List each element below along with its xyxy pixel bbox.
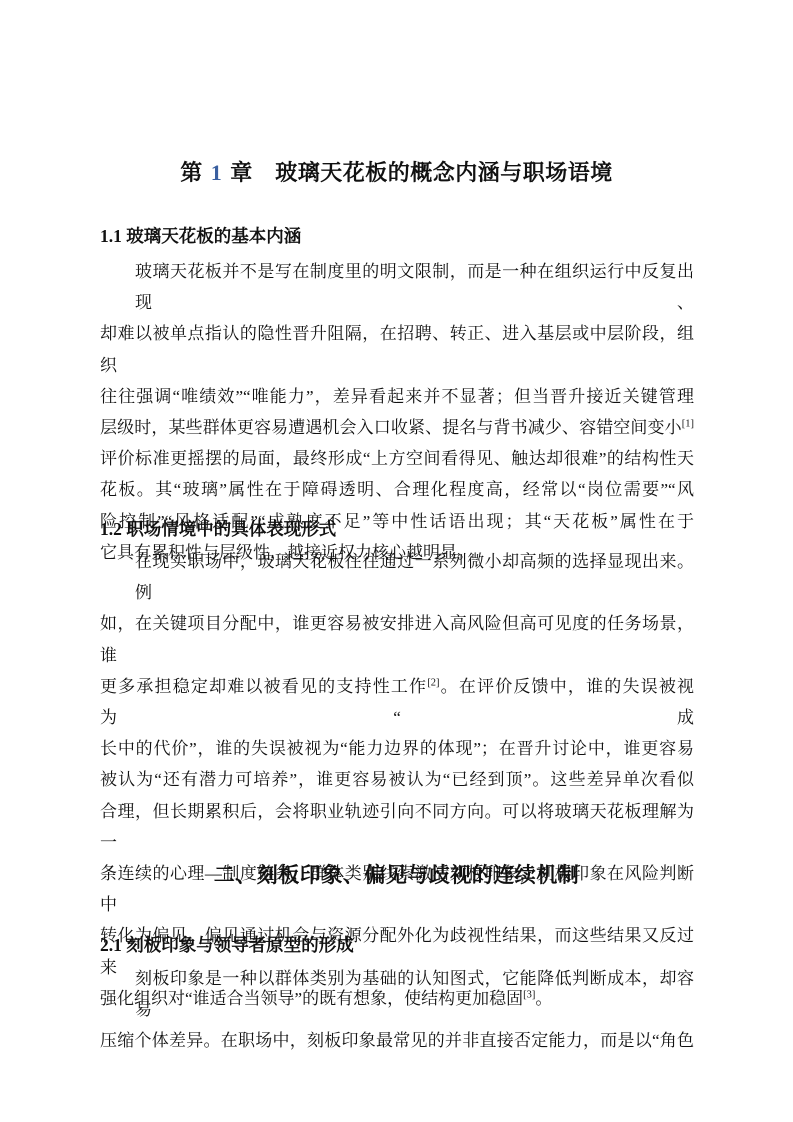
footnote-ref: [1] [682,418,694,429]
paragraph-line: 却难以被单点指认的隐性晋升阻隔，在招聘、转正、进入基层或中层阶段，组织 [100,318,694,380]
chapter-title: 第 1 章 玻璃天花板的概念内涵与职场语境 [0,160,793,186]
paragraph-line: 在现实职场中，玻璃天花板往往通过一系列微小却高频的选择显现出来。例 [100,546,694,608]
paragraph-line: 更多承担稳定却难以被看见的支持性工作[2]。在评价反馈中，谁的失误被视为“成 [100,671,694,733]
paragraph-line: 被认为“还有潜力可培养”，谁更容易被认为“已经到顶”。这些差异单次看似 [100,764,694,795]
paragraph-line: 花板。其“玻璃”属性在于障碍透明、合理化程度高，经常以“岗位需要”“风 [100,474,694,505]
document-page: 第 1 章 玻璃天花板的概念内涵与职场语境 1.1 玻璃天花板的基本内涵 玻璃天… [0,0,793,1122]
footnote-ref: [2] [427,677,439,688]
section-heading-2-1: 2.1 刻板印象与领导者原型的形成 [100,935,694,955]
part-2-title: 二、刻板印象、偏见与歧视的连续机制 [0,863,793,888]
chapter-title-prefix: 第 [180,160,209,185]
paragraph-line: 玻璃天花板并不是写在制度里的明文限制，而是一种在组织运行中反复出现、 [100,256,694,318]
paragraph-line: 如，在关键项目分配中，谁更容易被安排进入高风险但高可见度的任务场景，谁 [100,608,694,670]
paragraph-line: 合理，但长期累积后，会将职业轨迹引向不同方向。可以将玻璃天花板理解为一 [100,796,694,858]
section-heading-1-2: 1.2 职场情境中的具体表现形式 [100,519,694,539]
section-heading-1-1: 1.1 玻璃天花板的基本内涵 [100,226,694,246]
chapter-title-text: 章 玻璃天花板的概念内涵与职场语境 [224,160,613,185]
paragraph-line: 评价标准更摇摆的局面，最终形成“上方空间看得见、触达却很难”的结构性天 [100,443,694,474]
paragraph-line: 往往强调“唯绩效”“唯能力”，差异看起来并不显著；但当晋升接近关键管理 [100,381,694,412]
paragraph-2-1: 刻板印象是一种以群体类别为基础的认知图式，它能降低判断成本，却容易压缩个体差异。… [100,963,694,1057]
paragraph-line: 长中的代价”，谁的失误被视为“能力边界的体现”；在晋升讨论中，谁更容易 [100,733,694,764]
paragraph-line: 层级时，某些群体更容易遭遇机会入口收紧、提名与背书减少、容错空间变小[1] [100,412,694,443]
paragraph-line: 压缩个体差异。在职场中，刻板印象最常见的并非直接否定能力，而是以“角色 [100,1025,694,1056]
chapter-number: 1 [209,160,225,185]
paragraph-line: 刻板印象是一种以群体类别为基础的认知图式，它能降低判断成本，却容易 [100,963,694,1025]
